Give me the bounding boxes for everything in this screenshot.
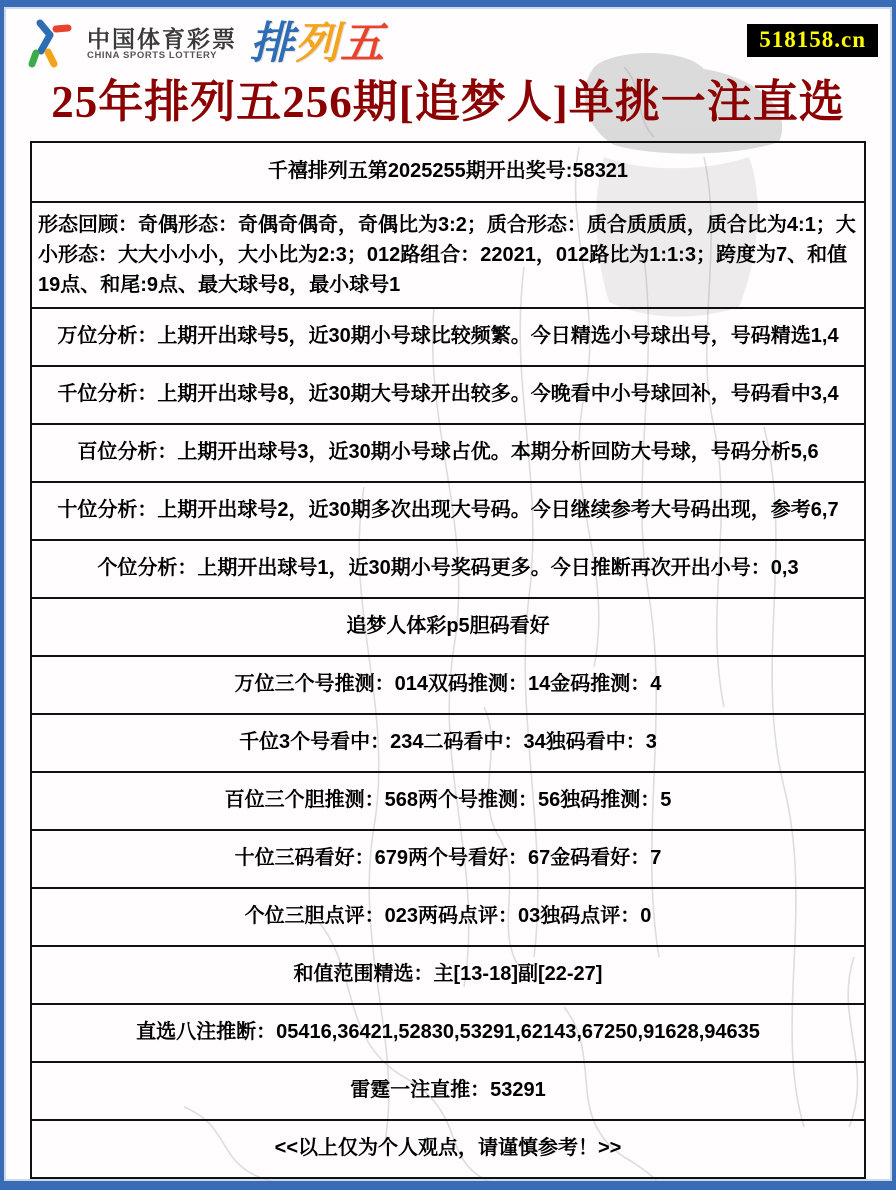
table-row-eight-bets: 直选八注推断：05416,36421,52830,53291,62143,672… xyxy=(32,1003,864,1061)
brand-char-3: 五 xyxy=(340,19,385,68)
table-row-form-review: 形态回顾：奇偶形态：奇偶奇偶奇，奇偶比为3:2；质合形态：质合质质质，质合比为4… xyxy=(32,201,864,307)
china-sports-lottery-logo: 中国体育彩票 CHINA SPORTS LOTTERY 排列五 xyxy=(26,19,385,69)
table-row-bai-analysis: 百位分析：上期开出球号3，近30期小号球占优。本期分析回防大号球，号码分析5,6 xyxy=(32,423,864,481)
table-row-qian-picks: 千位3个号看中：234二码看中：34独码看中：3 xyxy=(32,713,864,771)
brand-pailiewu: 排列五 xyxy=(250,21,385,67)
table-row-shi-picks: 十位三码看好：679两个号看好：67金码看好：7 xyxy=(32,829,864,887)
table-row-danma-heading: 追梦人体彩p5胆码看好 xyxy=(32,597,864,655)
prediction-table: 千禧排列五第2025255期开出奖号:58321 形态回顾：奇偶形态：奇偶奇偶奇… xyxy=(30,141,866,1179)
site-badge: 518158.cn xyxy=(747,24,878,57)
logo-cn-name: 中国体育彩票 xyxy=(87,27,237,51)
table-row-ge-picks: 个位三胆点评：023两码点评：03独码点评：0 xyxy=(32,887,864,945)
sports-lottery-figure-icon xyxy=(26,19,78,69)
page-title: 25年排列五256期[追梦人]单挑一注直选 xyxy=(4,77,892,129)
brand-char-2: 列 xyxy=(295,19,340,68)
header: 中国体育彩票 CHINA SPORTS LOTTERY 排列五 518158.c… xyxy=(4,7,892,69)
brand-char-1: 排 xyxy=(250,19,295,68)
table-row-disclaimer: <<以上仅为个人观点，请谨慎参考！>> xyxy=(32,1119,864,1177)
table-row-shi-analysis: 十位分析：上期开出球号2，近30期多次出现大号码。今日继续参考大号码出现，参考6… xyxy=(32,481,864,539)
table-row-winning-number: 千禧排列五第2025255期开出奖号:58321 xyxy=(32,143,864,201)
table-row-qian-analysis: 千位分析：上期开出球号8，近30期大号球开出较多。今晚看中小号球回补，号码看中3… xyxy=(32,365,864,423)
table-row-single-bet: 雷霆一注直推：53291 xyxy=(32,1061,864,1119)
page: 中国体育彩票 CHINA SPORTS LOTTERY 排列五 518158.c… xyxy=(0,0,896,1190)
table-row-wan-picks: 万位三个号推测：014双码推测：14金码推测：4 xyxy=(32,655,864,713)
logo-text: 中国体育彩票 CHINA SPORTS LOTTERY xyxy=(87,27,237,61)
table-row-sum-range: 和值范围精选：主[13-18]副[22-27] xyxy=(32,945,864,1003)
table-row-ge-analysis: 个位分析：上期开出球号1，近30期小号奖码更多。今日推断再次开出小号：0,3 xyxy=(32,539,864,597)
table-row-wan-analysis: 万位分析：上期开出球号5，近30期小号球比较频繁。今日精选小号球出号，号码精选1… xyxy=(32,307,864,365)
table-row-bai-picks: 百位三个胆推测：568两个号推测：56独码推测：5 xyxy=(32,771,864,829)
logo-en-name: CHINA SPORTS LOTTERY xyxy=(87,51,237,61)
